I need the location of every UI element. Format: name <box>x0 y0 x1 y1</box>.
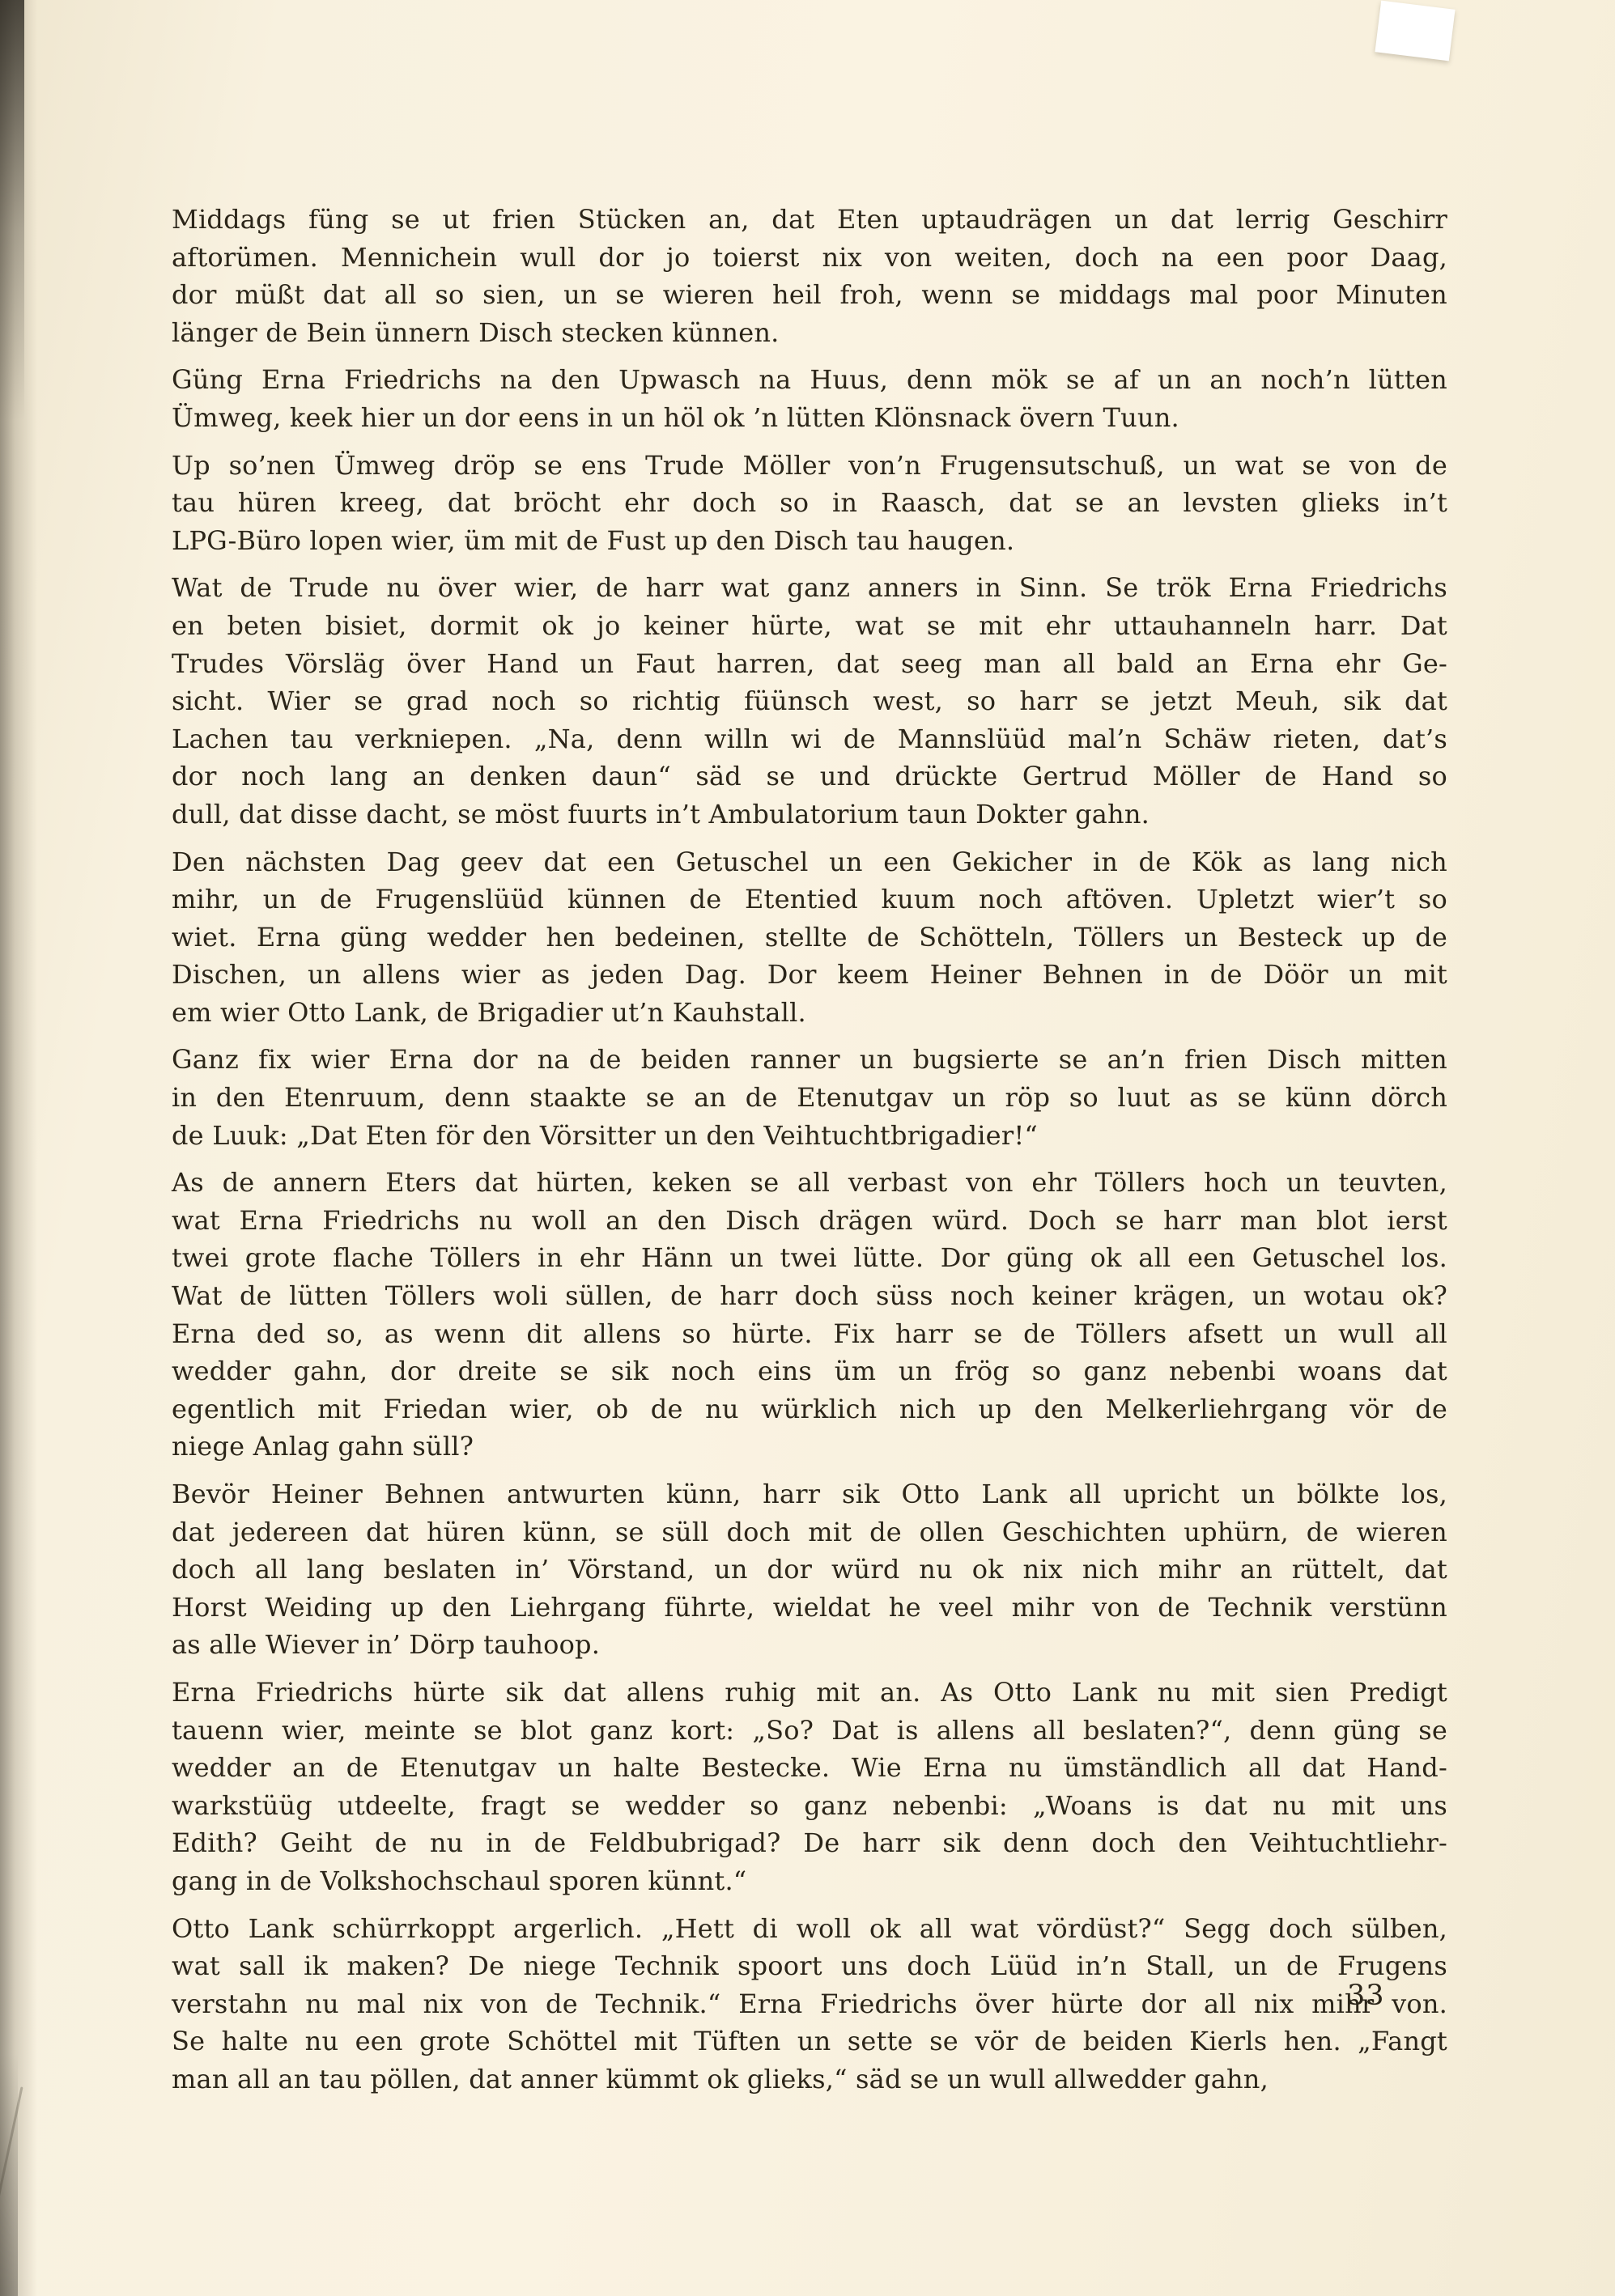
text-line: Wat de Trude nu över wier, de harr wat g… <box>172 569 1447 607</box>
text-line: tauenn wier, meinte se blot ganz kort: „… <box>172 1712 1447 1750</box>
paragraph: Middags füng se ut frien Stücken an, dat… <box>172 201 1447 351</box>
text-line: Horst Weiding up den Liehrgang führte, w… <box>172 1589 1447 1627</box>
page-edge-notch <box>1375 1 1455 62</box>
paragraph: Wat de Trude nu över wier, de harr wat g… <box>172 569 1447 833</box>
text-line: mihr, un de Frugenslüüd künnen de Etenti… <box>172 881 1447 919</box>
text-line: gang in de Volkshochschaul sporen künnt.… <box>172 1862 1447 1900</box>
paragraph: Den nächsten Dag geev dat een Getuschel … <box>172 843 1447 1032</box>
paragraph: Ganz fix wier Erna dor na de beiden rann… <box>172 1041 1447 1154</box>
text-line: Trudes Vörsläg över Hand un Faut harren,… <box>172 645 1447 683</box>
text-line: doch all lang beslaten in’ Vörstand, un … <box>172 1551 1447 1589</box>
paragraph: Up so’nen Ümweg dröp se ens Trude Möller… <box>172 447 1447 560</box>
page-number: 33 <box>1347 1980 1385 2012</box>
text-line: warkstüüg utdeelte, fragt se wedder so g… <box>172 1787 1447 1825</box>
paragraph: Güng Erna Friedrichs na den Upwasch na H… <box>172 361 1447 436</box>
text-line: dor noch lang an denken daun“ säd se und… <box>172 758 1447 796</box>
text-line: Up so’nen Ümweg dröp se ens Trude Möller… <box>172 447 1447 485</box>
text-line: Se halte nu een grote Schöttel mit Tüfte… <box>172 2022 1447 2060</box>
paragraph: As de annern Eters dat hürten, keken se … <box>172 1164 1447 1466</box>
text-line: Middags füng se ut frien Stücken an, dat… <box>172 201 1447 239</box>
text-line: Ganz fix wier Erna dor na de beiden rann… <box>172 1041 1447 1079</box>
paragraph: Bevör Heiner Behnen antwurten künn, harr… <box>172 1475 1447 1664</box>
text-line: tau hüren kreeg, dat bröcht ehr doch so … <box>172 484 1447 522</box>
text-line: Ümweg, keek hier un dor eens in un höl o… <box>172 399 1447 437</box>
text-line: niege Anlag gahn süll? <box>172 1428 1447 1466</box>
text-line: dull, dat disse dacht, se möst fuurts in… <box>172 796 1447 834</box>
text-line: Wat de lütten Töllers woli süllen, de ha… <box>172 1277 1447 1315</box>
text-line: egentlich mit Friedan wier, ob de nu wür… <box>172 1390 1447 1428</box>
text-line: wat sall ik maken? De niege Technik spoo… <box>172 1947 1447 1985</box>
text-line: Edith? Geiht de nu in de Feldbubrigad? D… <box>172 1824 1447 1862</box>
text-line: Otto Lank schürrkoppt argerlich. „Hett d… <box>172 1910 1447 1948</box>
text-line: wedder gahn, dor dreite se sik noch eins… <box>172 1352 1447 1390</box>
text-line: As de annern Eters dat hürten, keken se … <box>172 1164 1447 1202</box>
text-line: verstahn nu mal nix von de Technik.“ Ern… <box>172 1985 1447 2023</box>
text-line: in den Etenruum, denn staakte se an de E… <box>172 1079 1447 1117</box>
text-line: dat jedereen dat hüren künn, se süll doc… <box>172 1513 1447 1551</box>
text-line: Lachen tau verkniepen. „Na, denn willn w… <box>172 720 1447 758</box>
text-line: Bevör Heiner Behnen antwurten künn, harr… <box>172 1475 1447 1513</box>
text-block: Middags füng se ut frien Stücken an, dat… <box>172 201 1447 2108</box>
text-line: twei grote flache Töllers in ehr Hänn un… <box>172 1239 1447 1277</box>
text-line: en beten bisiet, dormit ok jo keiner hür… <box>172 607 1447 645</box>
scanned-book-page: { "page": { "number": "33", "paragraphs"… <box>0 0 1615 2296</box>
text-line: Den nächsten Dag geev dat een Getuschel … <box>172 843 1447 881</box>
text-line: wat Erna Friedrichs nu woll an den Disch… <box>172 1202 1447 1240</box>
paragraph: Otto Lank schürrkoppt argerlich. „Hett d… <box>172 1910 1447 2099</box>
text-line: de Luuk: „Dat Eten för den Vörsitter un … <box>172 1117 1447 1155</box>
text-line: Erna Friedrichs hürte sik dat allens ruh… <box>172 1674 1447 1712</box>
text-line: länger de Bein ünnern Disch stecken künn… <box>172 314 1447 352</box>
text-line: man all an tau pöllen, dat anner kümmt o… <box>172 2060 1447 2099</box>
text-line: Erna ded so, as wenn dit allens so hürte… <box>172 1315 1447 1353</box>
text-line: wiet. Erna güng wedder hen bedeinen, ste… <box>172 919 1447 957</box>
text-line: sicht. Wier se grad noch so richtig füün… <box>172 682 1447 720</box>
text-line: wedder an de Etenutgav un halte Bestecke… <box>172 1749 1447 1787</box>
text-line: dor müßt dat all so sien, un se wieren h… <box>172 276 1447 314</box>
top-left-corner-shade <box>0 0 24 421</box>
text-line: Dischen, un allens wier as jeden Dag. Do… <box>172 956 1447 994</box>
paragraph: Erna Friedrichs hürte sik dat allens ruh… <box>172 1674 1447 1900</box>
text-line: Güng Erna Friedrichs na den Upwasch na H… <box>172 361 1447 399</box>
text-line: as alle Wiever in’ Dörp tauhoop. <box>172 1626 1447 1664</box>
text-line: aftorümen. Mennichein wull dor jo toiers… <box>172 239 1447 277</box>
text-line: LPG-Büro lopen wier, üm mit de Fust up d… <box>172 522 1447 560</box>
text-line: em wier Otto Lank, de Brigadier ut’n Kau… <box>172 994 1447 1032</box>
